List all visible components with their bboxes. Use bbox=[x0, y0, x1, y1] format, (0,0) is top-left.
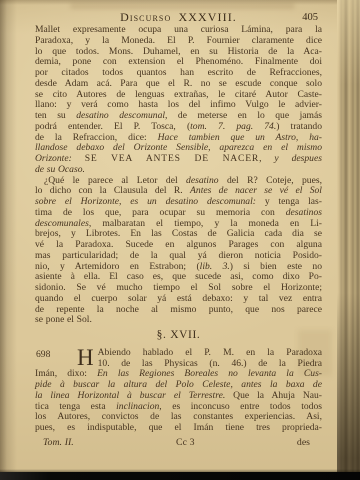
text-line: pues, es indisputable, que el Imán tiene… bbox=[35, 423, 322, 434]
dropcap-block: H Abiendo hablado el P. M. en la Paradox… bbox=[77, 348, 322, 370]
volume-label: Tom. II. bbox=[43, 438, 74, 449]
paragraph-2: ¿Qué le parece al Letor del desatino del… bbox=[35, 176, 322, 327]
text-line: se pone el Sol. bbox=[35, 315, 322, 326]
paragraph-number: 698 bbox=[36, 350, 50, 361]
page-footer: Tom. II. Cc 3 des bbox=[35, 438, 322, 449]
signature-mark: Cc 3 bbox=[176, 438, 195, 449]
page-header: Discurso XXXVIII. 405 bbox=[35, 12, 322, 24]
dropcap-letter: H bbox=[77, 348, 94, 370]
paragraph-3-lines: Imán, dixo: En las Regiones Boreales no … bbox=[35, 369, 322, 434]
bottom-black-band bbox=[0, 472, 360, 480]
printed-text-block: Discurso XXXVIII. 405 Mallet expresament… bbox=[35, 12, 322, 449]
page-number: 405 bbox=[302, 13, 318, 24]
paragraph-1: Mallet expresamente ocupa una curiosa Lá… bbox=[35, 25, 322, 176]
top-edge-shade bbox=[0, 0, 360, 5]
book-page-photo: Discurso XXXVIII. 405 Mallet expresament… bbox=[0, 0, 360, 480]
catchword: des bbox=[297, 438, 310, 449]
book-page-edges bbox=[337, 0, 360, 472]
left-gutter-shadow bbox=[0, 0, 18, 472]
paragraph-3: 698 H Abiendo hablado el P. M. en la Par… bbox=[35, 348, 322, 434]
running-title: Discurso XXXVIII. bbox=[35, 12, 322, 23]
dropcap-lines: Abiendo hablado el P. M. en la Paradoxa1… bbox=[98, 348, 322, 370]
section-heading: §. XVII. bbox=[35, 330, 322, 341]
